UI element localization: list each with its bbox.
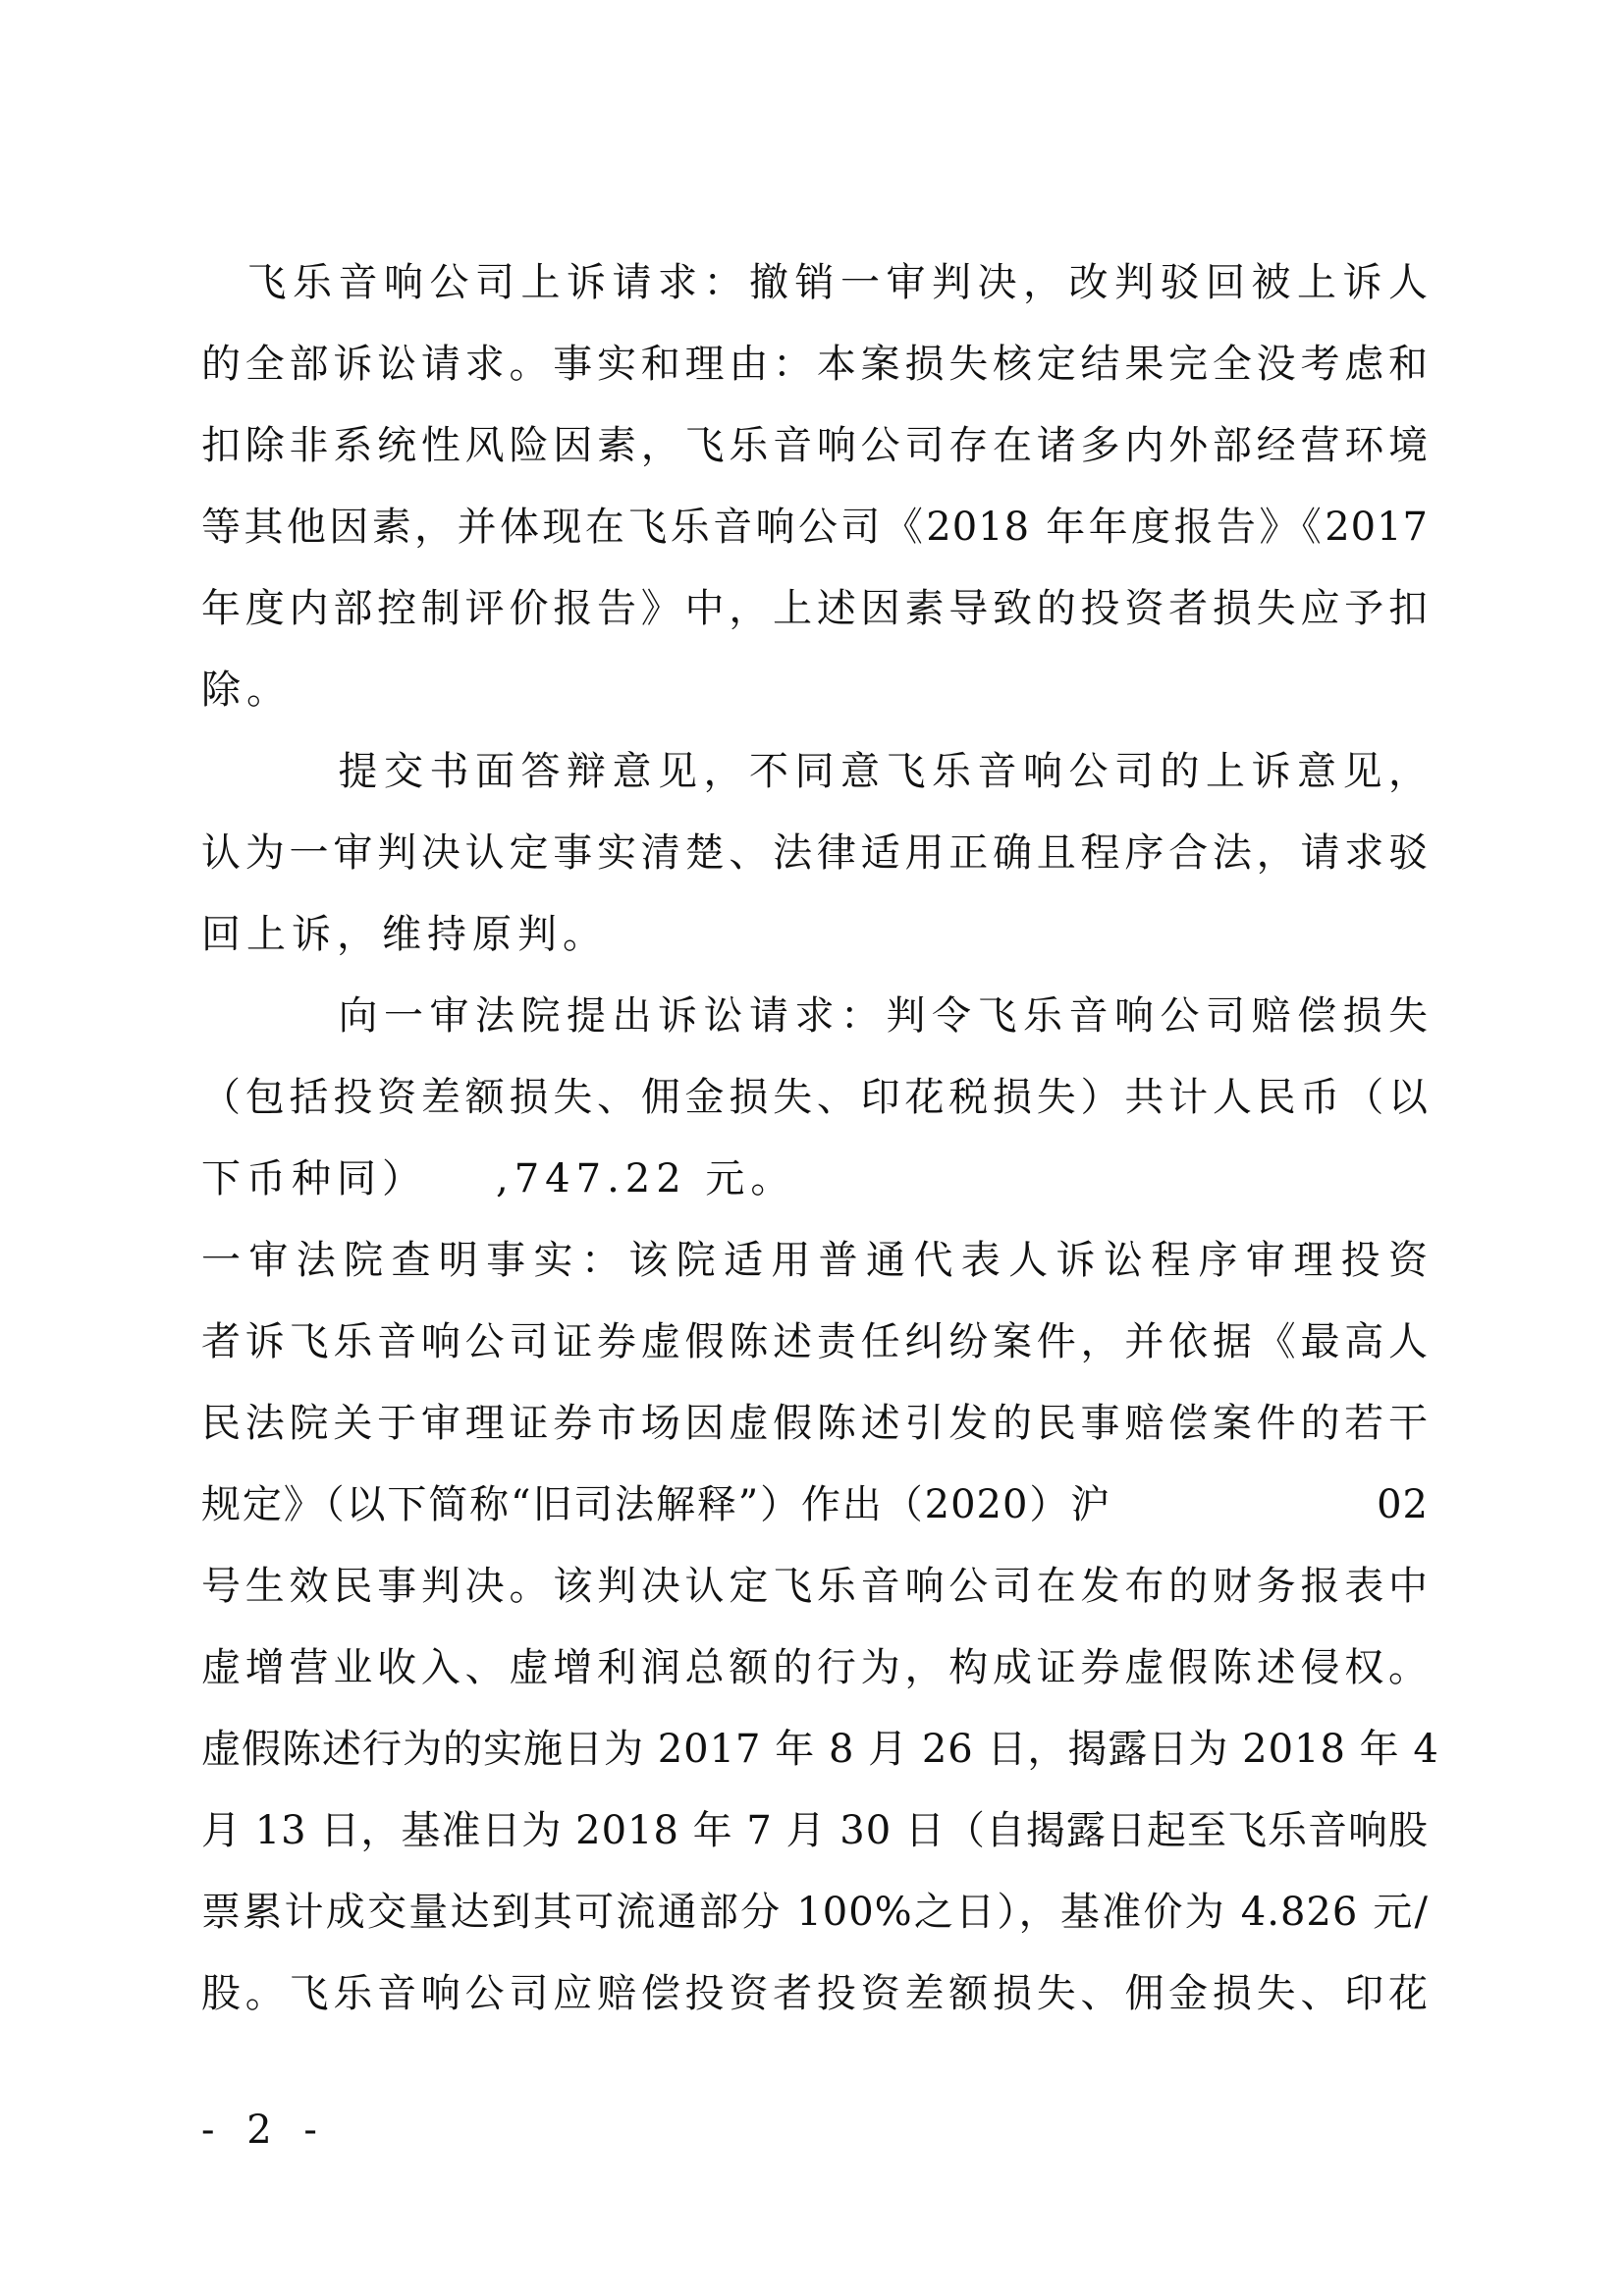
paragraph-findings-line-6: 虚增营业收入、虚增利润总额的行为，构成证券虚假陈述侵权。 bbox=[201, 1638, 1429, 1697]
paragraph-appeal-line-1: 飞乐音响公司上诉请求：撤销一审判决，改判驳回被上诉人 bbox=[201, 253, 1429, 312]
paragraph-findings-line-5: 号生效民事判决。该判决认定飞乐音响公司在发布的财务报表中 bbox=[201, 1557, 1429, 1616]
paragraph-findings-line-7: 虚假陈述行为的实施日为 2017 年 8 月 26 日，揭露日为 2018 年 … bbox=[201, 1720, 1429, 1779]
redacted-amount-region bbox=[427, 1152, 496, 1192]
case-reference-suffix: 02 bbox=[1377, 1482, 1429, 1527]
document-page: 飞乐音响公司上诉请求：撤销一审判决，改判驳回被上诉人 的全部诉讼请求。事实和理由… bbox=[0, 0, 1624, 2296]
paragraph-defense-line-2: 认为一审判决认定事实清楚、法律适用正确且程序合法，请求驳 bbox=[201, 824, 1429, 882]
paragraph-findings-line-1: 一审法院查明事实：该院适用普通代表人诉讼程序审理投资 bbox=[201, 1231, 1429, 1290]
paragraph-findings-line-3: 民法院关于审理证券市场因虚假陈述引发的民事赔偿案件的若干 bbox=[201, 1394, 1429, 1453]
paragraph-claim-line-2: （包括投资差额损失、佣金损失、印花税损失）共计人民币（以 bbox=[201, 1068, 1429, 1127]
claim-amount: ,747.22 元。 bbox=[496, 1156, 795, 1201]
paragraph-claim-line-1: 向一审法院提出诉讼请求：判令飞乐音响公司赔偿损失 bbox=[201, 987, 1429, 1045]
paragraph-appeal-line-2: 的全部诉讼请求。事实和理由：本案损失核定结果完全没考虑和 bbox=[201, 335, 1429, 394]
paragraph-appeal-line-6: 除。 bbox=[201, 661, 1429, 720]
paragraph-claim-line-3: 下币种同）,747.22 元。 bbox=[201, 1149, 1429, 1208]
paragraph-appeal-line-5: 年度内部控制评价报告》中，上述因素导致的投资者损失应予扣 bbox=[201, 579, 1429, 638]
paragraph-defense-line-3: 回上诉，维持原判。 bbox=[201, 905, 1429, 964]
paragraph-appeal-line-3: 扣除非系统性风险因素，飞乐音响公司存在诸多内外部经营环境 bbox=[201, 416, 1429, 475]
redacted-case-number-region bbox=[1111, 1478, 1377, 1518]
paragraph-findings-line-2: 者诉飞乐音响公司证券虚假陈述责任纠纷案件，并依据《最高人 bbox=[201, 1312, 1429, 1371]
page-number: - 2 - bbox=[201, 2101, 327, 2160]
paragraph-findings-line-8: 月 13 日，基准日为 2018 年 7 月 30 日（自揭露日起至飞乐音响股 bbox=[201, 1801, 1429, 1860]
claim-currency-note: 下币种同） bbox=[201, 1156, 427, 1201]
paragraph-defense-line-1: 提交书面答辩意见，不同意飞乐音响公司的上诉意见， bbox=[201, 742, 1429, 801]
paragraph-findings-line-4: 规定》（以下简称“旧司法解释”）作出（2020）沪02 bbox=[201, 1475, 1429, 1534]
case-reference-prefix: 规定》（以下简称“旧司法解释”）作出（2020）沪 bbox=[201, 1482, 1111, 1527]
findings-line-1-text: 一审法院查明事实：该院适用普通代表人诉讼程序审理投资 bbox=[201, 1238, 1429, 1283]
paragraph-appeal-line-4: 等其他因素，并体现在飞乐音响公司《2018 年年度报告》《2017 bbox=[201, 498, 1429, 557]
paragraph-findings-line-9: 票累计成交量达到其可流通部分 100%之日），基准价为 4.826 元/ bbox=[201, 1883, 1429, 1942]
paragraph-findings-line-10: 股。飞乐音响公司应赔偿投资者投资差额损失、佣金损失、印花 bbox=[201, 1964, 1429, 2023]
